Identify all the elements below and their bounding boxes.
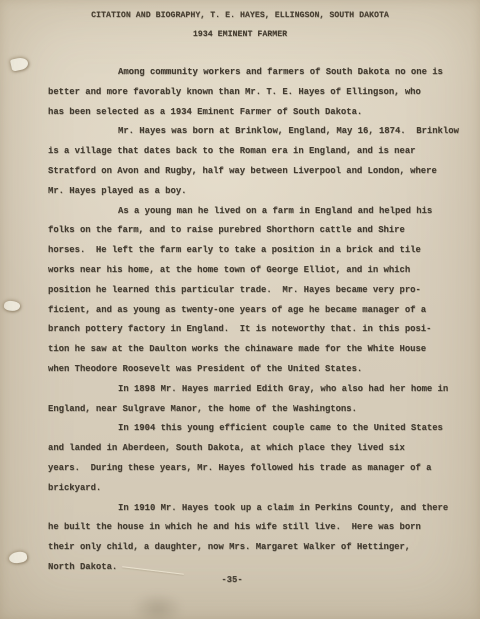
text-line: Mr. Hayes was born at Brinklow, England,… — [48, 122, 448, 142]
document-title: CITATION AND BIOGRAPHY, T. E. HAYES, ELL… — [0, 11, 480, 20]
text-line: and landed in Aberdeen, South Dakota, at… — [48, 439, 448, 459]
text-line: when Theodore Roosevelt was President of… — [48, 360, 448, 380]
text-line: tion he saw at the Daulton works the chi… — [48, 340, 448, 360]
text-line: brickyard. — [48, 479, 448, 499]
text-line: their only child, a daughter, now Mrs. M… — [48, 538, 448, 558]
text-line: ficient, and as young as twenty-one year… — [48, 301, 448, 321]
text-line: position he learned this particular trad… — [48, 281, 448, 301]
text-line: England, near Sulgrave Manor, the home o… — [48, 400, 448, 420]
paper-smudge — [132, 592, 184, 619]
text-line: In 1898 Mr. Hayes married Edith Gray, wh… — [48, 380, 448, 400]
text-line: has been selected as a 1934 Eminent Farm… — [48, 103, 448, 123]
paper-chip-top-left — [10, 56, 29, 71]
text-line: Mr. Hayes played as a boy. — [48, 182, 448, 202]
text-line: In 1904 this young efficient couple came… — [48, 419, 448, 439]
text-line: Among community workers and farmers of S… — [48, 63, 448, 83]
text-line: horses. He left the farm early to take a… — [48, 241, 448, 261]
text-line: branch pottery factory in England. It is… — [48, 320, 448, 340]
text-line: he built the house in which he and his w… — [48, 518, 448, 538]
text-line: is a village that dates back to the Roma… — [48, 142, 448, 162]
text-line: better and more favorably known than Mr.… — [48, 83, 448, 103]
page-number: -35- — [0, 575, 464, 585]
text-line: works near his home, at the home town of… — [48, 261, 448, 281]
document-subtitle: 1934 EMINENT FARMER — [0, 30, 480, 39]
document-page: CITATION AND BIOGRAPHY, T. E. HAYES, ELL… — [0, 0, 480, 619]
document-body: Among community workers and farmers of S… — [48, 63, 448, 578]
paper-chip-bottom-left — [8, 551, 27, 564]
text-line: As a young man he lived on a farm in Eng… — [48, 202, 448, 222]
paper-chip-middle-left — [3, 300, 20, 313]
text-line: folks on the farm, and to raise purebred… — [48, 221, 448, 241]
text-line: years. During these years, Mr. Hayes fol… — [48, 459, 448, 479]
text-line: In 1910 Mr. Hayes took up a claim in Per… — [48, 499, 448, 519]
text-line: Stratford on Avon and Rugby, half way be… — [48, 162, 448, 182]
